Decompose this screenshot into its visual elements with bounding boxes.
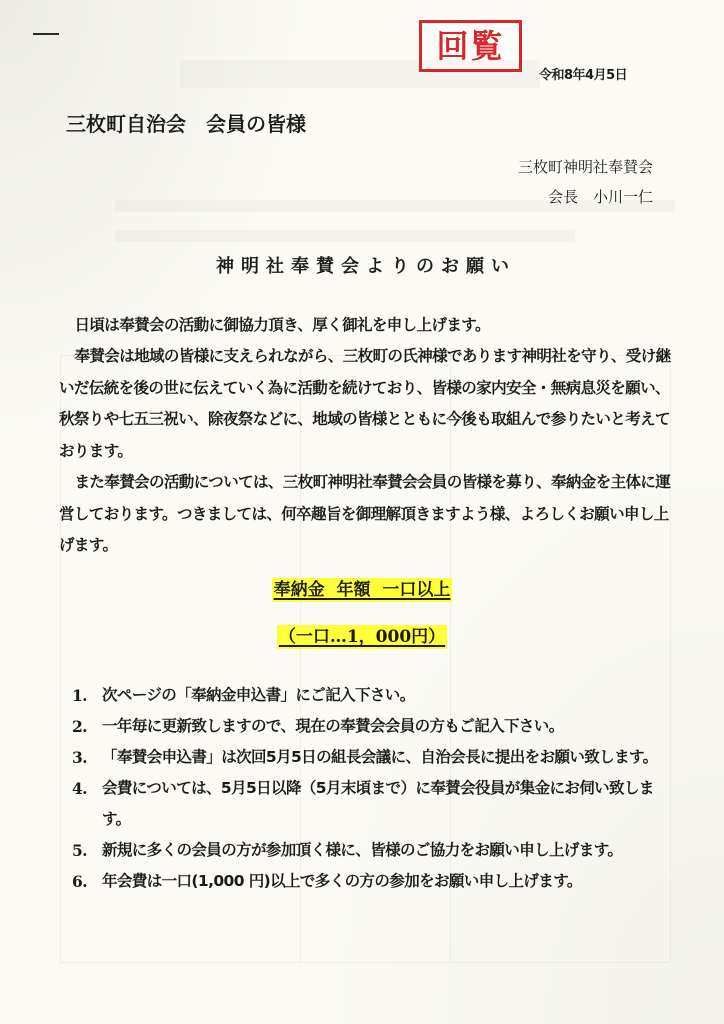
bleed-through-text <box>115 230 575 242</box>
bleed-through-table-line <box>60 962 670 963</box>
document-date: 令和8年4月5日 <box>539 64 627 83</box>
list-text: 次ページの「奉納金申込書」にご記入下さい。 <box>102 680 682 711</box>
list-item: 1. 次ページの「奉納金申込書」にご記入下さい。 <box>72 680 682 711</box>
list-text: 「奉賛会申込書」は次回5月5日の組長会議に、自治会長に提出をお願い致します。 <box>102 742 682 773</box>
list-text: 一年毎に更新致しますので、現在の奉賛会会員の方もご記入下さい。 <box>102 711 682 742</box>
list-item: 6. 年会費は一口(1,000 円)以上で多くの方の参加をお願い申し上げます。 <box>72 866 682 897</box>
sender-organization: 三枚町神明社奉賛会 <box>518 156 653 177</box>
list-item: 2. 一年毎に更新致しますので、現在の奉賛会会員の方もご記入下さい。 <box>72 711 682 742</box>
list-number: 4. <box>72 773 102 835</box>
list-item: 5. 新規に多くの会員の方が参加頂く様に、皆様のご協力をお願い申し上げます。 <box>72 835 682 866</box>
paragraph-text: 日頃は奉賛会の活動に御協力頂き、厚く御礼を申し上げます。 <box>59 310 671 342</box>
list-number: 3. <box>72 742 102 773</box>
list-text: 年会費は一口(1,000 円)以上で多くの方の参加をお願い申し上げます。 <box>102 866 682 897</box>
list-number: 1. <box>72 680 102 711</box>
paragraph-text: また奉賛会の活動については、三枚町神明社奉賛会会員の皆様を募り、奉納金を主体に運… <box>59 467 671 562</box>
list-text: 新規に多くの会員の方が参加頂く様に、皆様のご協力をお願い申し上げます。 <box>102 835 682 866</box>
paragraph-activities: 奉賛会は地域の皆様に支えられながら、三枚町の氏神様であります神明社を守り、受け継… <box>59 341 671 467</box>
list-number: 2. <box>72 711 102 742</box>
list-number: 5. <box>72 835 102 866</box>
notes-list: 1. 次ページの「奉納金申込書」にご記入下さい。 2. 一年毎に更新致しますので… <box>72 680 682 897</box>
paragraph-greeting: 日頃は奉賛会の活動に御協力頂き、厚く御礼を申し上げます。 <box>59 310 671 342</box>
highlighted-text: （一口…1，000円） <box>277 625 447 649</box>
circulation-stamp: 回覧 <box>419 20 522 72</box>
addressee: 三枚町自治会 会員の皆様 <box>66 108 306 137</box>
list-item: 3. 「奉賛会申込書」は次回5月5日の組長会議に、自治会長に提出をお願い致します… <box>72 742 682 773</box>
list-number: 6. <box>72 866 102 897</box>
sender-name: 会長 小川一仁 <box>548 186 653 207</box>
list-text: 会費については、5月5日以降（5月末頃まで）に奉賛会役員が集金にお伺い致します。 <box>102 773 682 835</box>
document-title: 神明社奉賛会よりのお願い <box>0 252 724 278</box>
donation-unit-line: （一口…1，000円） <box>0 622 724 647</box>
list-item: 4. 会費については、5月5日以降（5月末頃まで）に奉賛会役員が集金にお伺い致し… <box>72 773 682 835</box>
donation-amount-line: 奉納金 年額 一口以上 <box>0 575 724 600</box>
paragraph-request: また奉賛会の活動については、三枚町神明社奉賛会会員の皆様を募り、奉納金を主体に運… <box>59 467 671 562</box>
corner-mark <box>33 33 59 35</box>
highlighted-text: 奉納金 年額 一口以上 <box>272 578 453 602</box>
paragraph-text: 奉賛会は地域の皆様に支えられながら、三枚町の氏神様であります神明社を守り、受け継… <box>59 341 671 467</box>
